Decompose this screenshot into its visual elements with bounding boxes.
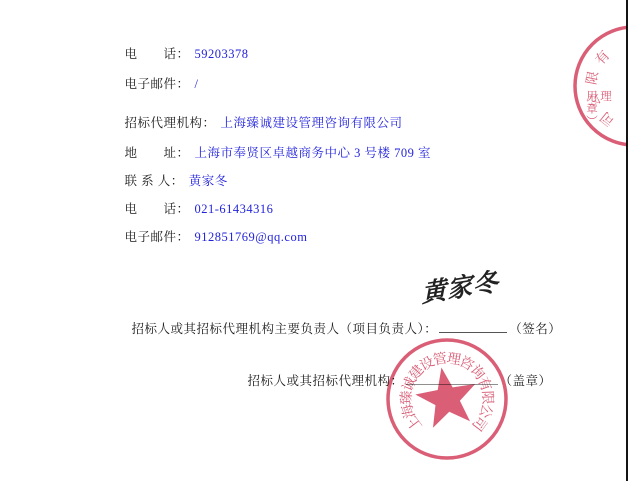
signature-underline — [439, 319, 507, 333]
email2-row: 电子邮件：912851769@qq.com — [110, 215, 307, 260]
seal-line: 招标人或其招标代理机构：（盖章） — [233, 355, 552, 405]
agency-value: 上海臻诚建设管理咨询有限公司 — [221, 116, 403, 130]
seal-inner-text: 理 用章） — [584, 90, 612, 128]
svg-text:上: 上 — [404, 413, 425, 434]
phone2-label: 电 话： — [125, 202, 190, 216]
email2-label: 电子邮件： — [125, 230, 190, 244]
contact-person-label: 联 系 人： — [125, 174, 184, 188]
phone2-value: 021-61434316 — [195, 202, 274, 216]
seal-underline — [406, 371, 498, 385]
document-page: 电 话：59203378 电子邮件：/ 招标代理机构：上海臻诚建设管理咨询有限公… — [0, 0, 635, 481]
svg-text:限: 限 — [584, 69, 601, 86]
address-label: 地 址： — [125, 146, 190, 160]
contact-person-value: 黄家冬 — [189, 174, 228, 188]
signature-line-suffix: （签名） — [509, 322, 561, 336]
signature-line: 招标人或其招标代理机构主要负责人（项目负责人）：（签名） — [117, 303, 561, 353]
seal-line-suffix: （盖章） — [500, 374, 552, 388]
agency-label: 招标代理机构： — [125, 116, 216, 130]
seal-top-svg: 有限公司 — [572, 24, 627, 148]
company-seal-stamp-top: 有限公司 理 用章） — [572, 24, 627, 154]
svg-text:司: 司 — [468, 413, 489, 434]
svg-text:有: 有 — [592, 48, 612, 68]
seal-line-label: 招标人或其招标代理机构： — [248, 374, 404, 388]
signature-line-label: 招标人或其招标代理机构主要负责人（项目负责人）： — [132, 322, 438, 336]
address-value: 上海市奉贤区卓越商务中心 3 号楼 709 室 — [195, 146, 432, 160]
phone-value: 59203378 — [195, 47, 249, 61]
email-value: / — [195, 77, 199, 91]
email2-value: 912851769@qq.com — [195, 230, 308, 244]
phone-label: 电 话： — [125, 47, 190, 61]
email-label: 电子邮件： — [125, 77, 190, 91]
